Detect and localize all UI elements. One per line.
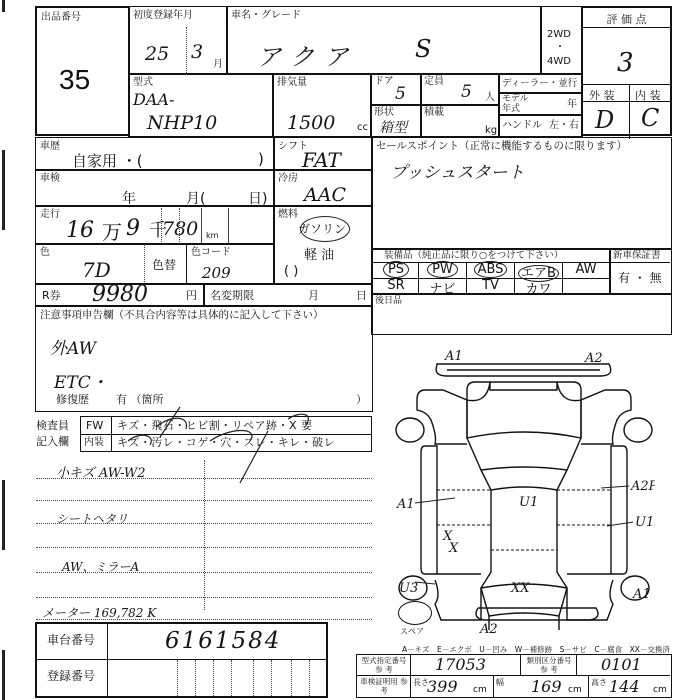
capacity-value: 5 [461,82,472,102]
mark-left-rear-2: X [448,541,459,556]
divider [107,624,108,696]
displacement-box: 排気量 1500 cc [272,73,372,137]
inspection-label: 車検 [40,173,60,184]
fuel-box: 燃料 ガソリン 軽 油 ( ) [273,205,373,285]
width-value: 169 [531,677,562,696]
equipment-ps[interactable]: PS [374,262,418,278]
ac-value: AAC [304,184,346,206]
divider [309,660,310,696]
equipment-circle: PW [427,261,458,278]
inspector-label-2: 記入欄 [36,436,69,447]
color-box: 色 7D 色替 色コード 209 [35,243,275,285]
exterior-label: 外 装 [589,87,615,103]
warranty-options[interactable]: 有 ・ 無 [618,273,662,284]
spare-label: スペア [400,626,424,637]
sales-point-value: プッシュスタート [390,158,524,183]
type-approval-box: 型式指定番号 参 考 17053 類別区分番号 参 考 0101 車検証明用 参… [356,654,672,698]
mark-left-door: A1 [396,497,415,512]
class-number-label: 類別区分番号 参 考 [522,656,576,674]
divider [271,660,272,696]
name-change-box: 名変期限 月 日 [203,283,373,307]
color-code-value: 209 [202,264,231,282]
mark-trunk: XX [510,581,530,596]
divider [291,660,292,696]
month-unit: 月 [213,59,223,70]
dimensions-label: 車検証明用 参考 [359,677,409,695]
note-line [36,500,372,501]
fuel-diesel[interactable]: 軽 油 [304,244,334,263]
name-change-day: 日 [356,290,367,301]
equipment-label: 装備品（純正品に限り○をつけて下さい） [384,250,563,261]
recycle-label: R券 [42,290,61,301]
handle-label: ハンドル [502,120,542,131]
divider [588,675,589,697]
scan-edge-mark [2,0,5,12]
model-code-box: 型式 DAA- NHP10 [128,73,274,137]
lot-value: 35 [59,64,90,96]
equipment-circle: PS [383,261,409,278]
score-box: 評 価 点 3 外 装 内 装 D C [581,6,672,136]
equipment-item-label: SR [387,278,404,293]
history-value: 自家用 ・( [72,150,143,171]
model-year-label: モデル年式 [502,94,532,114]
history-box: 車歴 自家用 ・( ) [35,137,275,171]
equipment-empty [562,278,609,294]
equipment-circle: ABS [474,261,508,278]
ac-label: 冷房 [278,173,298,184]
mileage-man-unit: 万 [102,216,122,245]
later-items-label: 後日品 [375,296,402,307]
car-name-box: 車名・グレード アクア S [226,6,542,75]
recycle-box: R券 9980 円 [35,283,205,307]
displacement-unit: cc [357,122,368,133]
fuel-label: 燃料 [278,209,298,220]
drive-2wd[interactable]: 2WD [547,29,571,40]
first-registration-box: 初度登録年月 25 3 月 [128,6,228,75]
capacity-label: 定員 [424,76,444,87]
inspection-box: 車検 年 月( 日) [35,169,275,207]
fuel-other[interactable]: ( ) [284,264,298,279]
first-registration-year: 25 [145,43,169,65]
first-registration-month: 3 [191,41,203,63]
color-label: 色 [40,247,50,258]
inspector-note-1: 小キズ AW-W2 [56,462,145,481]
interior-label: 内 装 [635,87,661,103]
recycle-value: 9980 [92,282,148,307]
mark-right-rear-door: U1S [635,515,655,530]
dealer-label[interactable]: ディーラー・並行 [502,78,577,89]
mark-front-left: A1 [444,349,463,364]
height-value: 144 [609,677,640,696]
mileage-sen-value: 9 [126,216,140,241]
load-box: 積載 kg [420,104,500,137]
width-unit: cm [568,685,582,696]
scan-edge-mark [2,150,5,230]
divider [610,262,670,263]
dealer-box: ディーラー・並行 [498,73,583,94]
divider [629,85,630,139]
length-value: 399 [427,677,458,696]
spare-wheel [398,601,432,625]
score-value: 3 [617,48,634,78]
doors-box: ドア 5 [370,73,422,106]
sales-point-box: セールスポイント（正常に機能するものに限ります） プッシュスタート [371,137,672,250]
color-value: 7D [82,258,111,282]
mileage-rest-value: 780 [162,218,198,240]
model-code-label: 型式 [133,77,153,88]
length-unit: cm [473,685,487,696]
name-change-month: 月 [308,290,319,301]
divider [410,655,411,697]
name-change-label: 名変期限 [210,290,254,301]
color-code-label: 色コード [191,247,231,258]
divider [213,660,214,696]
model-code-prefix: DAA- [133,90,174,109]
repair-history-close: ） [356,394,367,405]
load-unit: kg [485,125,497,136]
mileage-unit: km [206,230,218,241]
history-close: ) [258,150,264,168]
history-label: 車歴 [40,141,60,152]
divider [357,675,670,676]
interior-score: C [641,104,659,132]
car-grade-value: S [415,35,431,63]
model-year-box: モデル年式 年 [498,92,583,116]
recycle-unit: 円 [186,290,197,301]
mark-rear-left: U3 [399,581,418,596]
load-label: 積載 [424,107,444,118]
height-unit: cm [653,685,667,696]
type-approval-value: 17053 [435,655,486,674]
color-change-label: 色替 [152,256,176,273]
equipment-leather[interactable]: カワ [514,278,562,294]
equipment-navi[interactable]: ナビ [418,278,466,294]
notes-box: 注意事項申告欄（不具合内容等は具体的に記入して下さい） 外AW ETC・ 修復歴… [35,305,373,412]
capacity-box: 定員 5 人 [420,73,500,106]
car-name-value: アクア [257,37,358,72]
divider [186,27,187,75]
equipment-abs[interactable]: ABS [466,262,514,278]
divider [186,244,187,284]
drive-dot: ・ [555,42,565,53]
doors-value: 5 [395,84,406,104]
repair-history-label: 修復歴 [56,394,89,405]
mileage-label: 走行 [40,209,60,220]
divider [520,655,521,675]
note-line [36,547,372,548]
mark-roof: U1 [519,495,538,510]
divider [228,208,229,244]
chassis-value: 6161584 [165,628,281,654]
warranty-box: 新車保証書 有 ・ 無 [609,248,672,295]
shift-box: シフト FAT [273,137,373,171]
displacement-label: 排気量 [277,77,307,88]
equipment-pw[interactable]: PW [418,262,466,278]
equipment-box: 装備品（純正品に限り○をつけて下さい） PS PW ABS エアB AW SR … [371,248,611,295]
equipment-aw[interactable]: AW [562,262,609,278]
equipment-tv[interactable]: TV [466,278,514,294]
height-label: 高さ [591,677,607,688]
lot-number-box: 出品番号 35 [35,6,130,136]
score-sub-header: 外 装 内 装 [583,84,670,102]
first-registration-label: 初度登録年月 [133,10,193,21]
width-label: 幅 [496,677,504,688]
divider [253,660,254,696]
fuel-gasoline[interactable]: ガソリン [298,220,346,237]
capacity-unit: 人 [485,92,495,103]
doors-label: ドア [374,76,394,87]
model-year-unit: 年 [567,99,577,110]
registration-label: 登録番号 [47,671,95,682]
chassis-box: 車台番号 6161584 登録番号 [35,622,328,698]
mileage-man-value: 16 [66,218,94,243]
notes-line-1: 外AW [50,334,96,359]
equipment-sr[interactable]: SR [374,278,418,294]
warranty-label: 新車保証書 [613,250,661,261]
car-name-label: 車名・グレード [231,10,301,21]
note-line [36,597,372,598]
inspector-note-7: メーター 169,782 K [42,604,156,621]
repair-history-value: 有 （箇所 [116,394,164,405]
chassis-label: 車台番号 [47,635,95,646]
divider [201,208,202,244]
score-label: 評 価 点 [607,13,647,26]
inspector-label-1: 検査員 [36,420,69,431]
divider [195,660,196,696]
divider [576,655,577,675]
displacement-value: 1500 [287,112,335,134]
divider [231,660,232,696]
later-items-box: 後日品 [371,293,672,335]
type-approval-label: 型式指定番号 参 考 [359,656,409,674]
car-damage-diagram: A1 A2 A1 A2P U1 U1S X X U3 A1 XX [395,340,655,630]
divider [37,659,326,660]
inspector-note-5: AW、ミラーA [62,558,139,575]
equipment-airbag[interactable]: エアB [514,262,562,278]
mark-right-door: A2P [630,479,655,494]
divider [493,675,494,697]
model-code-value: NHP10 [147,112,217,134]
lot-label: 出品番号 [41,12,81,23]
scan-edge-mark [2,480,5,550]
class-number-value: 0101 [601,655,642,674]
mileage-box: 走行 16 万 9 千 780 km [35,205,275,245]
scan-edge-mark [2,650,5,700]
drive-4wd[interactable]: 4WD [547,56,571,67]
equipment-item-label: AW [575,262,596,277]
equipment-item-label: TV [482,278,499,293]
body-shape-value: 箱型 [379,117,407,137]
ac-box: 冷房 AAC [273,169,373,207]
mark-rear-bumper: A2 [480,622,498,637]
handle-options[interactable]: 左・右 [549,120,579,131]
handle-box: ハンドル 左・右 [498,114,583,137]
exterior-score: D [595,106,614,134]
notes-label: 注意事項申告欄（不具合内容等は具体的に記入して下さい） [40,310,324,321]
inspector-note-3: シートヘタリ [56,510,128,527]
mark-rear-right: A1 [632,587,651,602]
mark-front-right: A2 [584,351,603,366]
divider [144,244,145,284]
notes-center-divider [204,460,205,610]
divider [177,660,178,696]
sales-point-label: セールスポイント（正常に機能するものに限ります） [376,141,627,152]
notes-line-2: ETC・ [54,368,108,393]
body-shape-box: 形状 箱型 [370,104,422,137]
score-header: 評 価 点 [583,8,670,28]
drive-type-box: 2WD ・ 4WD [540,6,583,75]
